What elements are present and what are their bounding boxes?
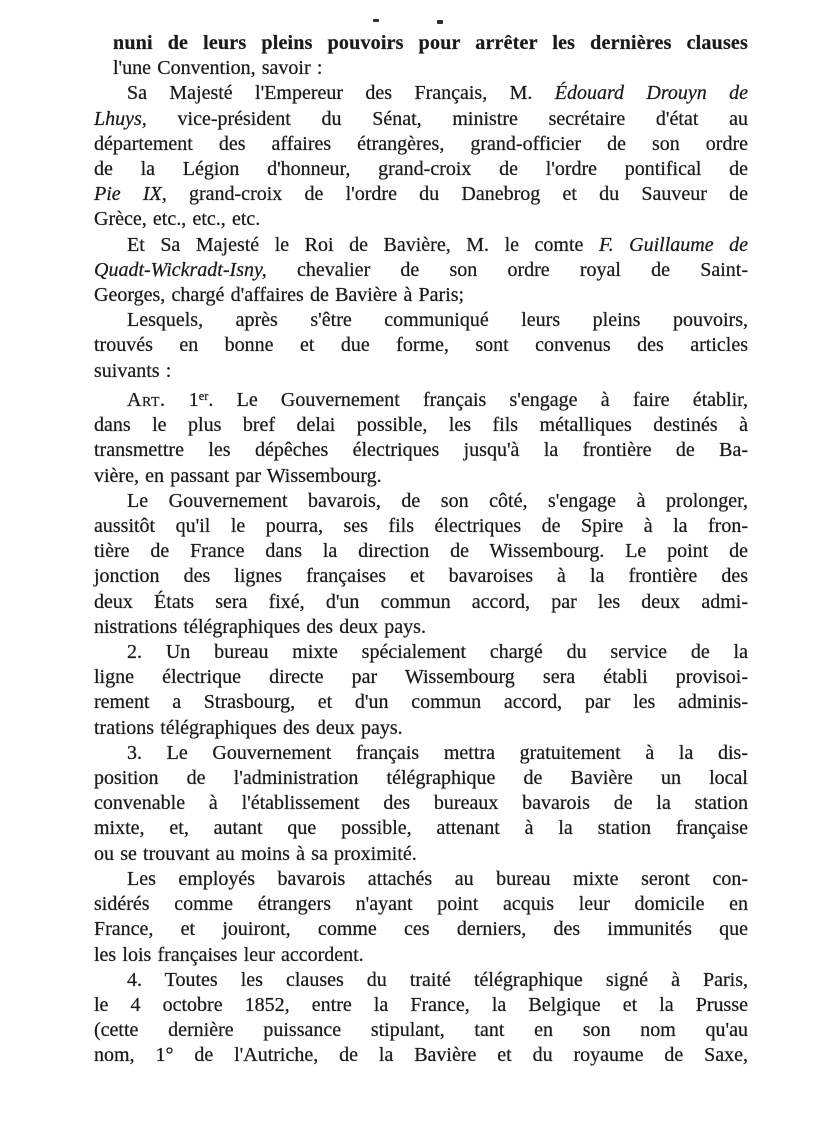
text-line: Lesquels, après s'être communiqué leurs … <box>94 308 748 333</box>
body-text: dans le plus bref delai possible, les fi… <box>94 414 748 436</box>
text-line: nistrations télégraphiques des deux pays… <box>94 615 748 640</box>
body-text: trouvés en bonne et due forme, sont conv… <box>94 334 748 356</box>
body-text: nuni de leurs pleins pouvoirs pour arrêt… <box>113 32 748 54</box>
body-text: Sa Majesté l'Empereur des Français, M. <box>127 82 555 104</box>
body-text: France, et jouiront, comme ces derniers,… <box>94 918 748 940</box>
body-text: de la Légion d'honneur, grand-croix de l… <box>94 158 748 180</box>
body-text: chevalier de son ordre royal de Saint- <box>267 259 748 281</box>
text-line: nom, 1° de l'Autriche, de la Bavière et … <box>94 1043 748 1068</box>
text-line: de la Légion d'honneur, grand-croix de l… <box>94 157 748 182</box>
text-line: Pie IX, grand-croix de l'ordre du Danebr… <box>94 182 748 207</box>
italic-text: F. Guillaume de <box>599 234 748 256</box>
body-text: Grèce, etc., etc., etc. <box>94 208 260 230</box>
body-text: deux États sera fixé, d'un commun accord… <box>94 591 748 613</box>
text-line: Lhuys, vice-président du Sénat, ministre… <box>94 107 748 132</box>
text-line: ligne électrique directe par Wissembourg… <box>94 665 748 690</box>
text-line: transmettre les dépêches électriques jus… <box>94 438 748 463</box>
text-line: Grèce, etc., etc., etc. <box>94 207 748 232</box>
body-text: 2. Un bureau mixte spécialement chargé d… <box>127 641 748 663</box>
superscript-text: er <box>199 389 209 403</box>
smallcaps-text: Art. <box>127 389 166 411</box>
text-line: dans le plus bref delai possible, les fi… <box>94 413 748 438</box>
body-text: Georges, chargé d'affaires de Bavière à … <box>94 284 464 306</box>
ink-speck <box>437 20 443 24</box>
text-line: trouvés en bonne et due forme, sont conv… <box>94 333 748 358</box>
text-line: mixte, et, autant que possible, attenant… <box>94 816 748 841</box>
text-line: jonction des lignes françaises et bavaro… <box>94 564 748 589</box>
text-line: département des affaires étrangères, gra… <box>94 132 748 157</box>
ink-speck <box>373 19 379 22</box>
text-line: deux États sera fixé, d'un commun accord… <box>94 590 748 615</box>
body-text: rement a Strasbourg, et d'un commun acco… <box>94 691 748 713</box>
italic-text: Lhuys, <box>94 108 147 130</box>
body-text: 3. Le Gouvernement français mettra gratu… <box>127 742 748 764</box>
body-text: mixte, et, autant que possible, attenant… <box>94 817 748 839</box>
body-text: l'une Convention, savoir : <box>113 57 322 79</box>
text-line: Sa Majesté l'Empereur des Français, M. É… <box>94 81 748 106</box>
text-line: 3. Le Gouvernement français mettra gratu… <box>94 741 748 766</box>
body-text: convenable à l'établissement des bureaux… <box>94 792 748 814</box>
body-text: 4. Toutes les clauses du traité télégrap… <box>127 969 748 991</box>
body-text: (cette dernière puissance stipulant, tan… <box>94 1019 748 1041</box>
body-text: ou se trouvant au moins à sa proximité. <box>94 843 417 865</box>
body-text: nistrations télégraphiques des deux pays… <box>94 616 426 638</box>
body-text: position de l'administration télégraphiq… <box>94 767 748 789</box>
text-line: position de l'administration télégraphiq… <box>94 766 748 791</box>
text-line: nuni de leurs pleins pouvoirs pour arrêt… <box>94 31 748 56</box>
text-line: convenable à l'établissement des bureaux… <box>94 791 748 816</box>
text-line: aussitôt qu'il le pourra, ses fils élect… <box>94 514 748 539</box>
body-text: le 4 octobre 1852, entre la France, la B… <box>94 994 748 1016</box>
text-line: ou se trouvant au moins à sa proximité. <box>94 842 748 867</box>
body-text: Le Gouvernement bavarois, de son côté, s… <box>127 490 748 512</box>
text-line: sidérés comme étrangers n'ayant point ac… <box>94 892 748 917</box>
body-text: trations télégraphiques des deux pays. <box>94 717 403 739</box>
text-line: tière de France dans la direction de Wis… <box>94 539 748 564</box>
body-text: . Le Gouvernement français s'engage à fa… <box>208 389 748 411</box>
text-line: les lois françaises leur accordent. <box>94 943 748 968</box>
text-line: suivants : <box>94 359 748 384</box>
text-line: 2. Un bureau mixte spécialement chargé d… <box>94 640 748 665</box>
body-text: vice-président du Sénat, ministre secrét… <box>147 108 748 130</box>
body-text: Lesquels, après s'être communiqué leurs … <box>127 309 748 331</box>
body-text: ligne électrique directe par Wissembourg… <box>94 666 748 688</box>
body-text: 1 <box>166 389 199 411</box>
body-text: grand-croix de l'ordre du Danebrog et du… <box>167 183 748 205</box>
body-text: suivants : <box>94 360 171 382</box>
text-line: Georges, chargé d'affaires de Bavière à … <box>94 283 748 308</box>
body-text: Les employés bavarois attachés au bureau… <box>127 868 748 890</box>
text-line: rement a Strasbourg, et d'un commun acco… <box>94 690 748 715</box>
italic-text: Pie IX, <box>94 183 167 205</box>
scanned-document-page: nuni de leurs pleins pouvoirs pour arrêt… <box>0 0 838 1121</box>
text-line: (cette dernière puissance stipulant, tan… <box>94 1018 748 1043</box>
text-line: 4. Toutes les clauses du traité télégrap… <box>94 968 748 993</box>
text-line: l'une Convention, savoir : <box>94 56 748 81</box>
text-line: Art. 1er. Le Gouvernement français s'eng… <box>94 384 748 413</box>
text-line: Les employés bavarois attachés au bureau… <box>94 867 748 892</box>
text-line: vière, en passant par Wissembourg. <box>94 464 748 489</box>
body-text: vière, en passant par Wissembourg. <box>94 465 382 487</box>
text-line: France, et jouiront, comme ces derniers,… <box>94 917 748 942</box>
text-line: le 4 octobre 1852, entre la France, la B… <box>94 993 748 1018</box>
body-text: transmettre les dépêches électriques jus… <box>94 439 748 461</box>
body-text: jonction des lignes françaises et bavaro… <box>94 565 748 587</box>
body-text: département des affaires étrangères, gra… <box>94 133 748 155</box>
body-text: sidérés comme étrangers n'ayant point ac… <box>94 893 748 915</box>
text-line: Le Gouvernement bavarois, de son côté, s… <box>94 489 748 514</box>
body-text: les lois françaises leur accordent. <box>94 944 364 966</box>
text-line: trations télégraphiques des deux pays. <box>94 716 748 741</box>
italic-text: Édouard Drouyn de <box>555 82 748 104</box>
body-text: Et Sa Majesté le Roi de Bavière, M. le c… <box>127 234 599 256</box>
body-text: aussitôt qu'il le pourra, ses fils élect… <box>94 515 748 537</box>
text-line: Quadt-Wickradt-Isny, chevalier de son or… <box>94 258 748 283</box>
italic-text: Quadt-Wickradt-Isny, <box>94 259 267 281</box>
text-block: nuni de leurs pleins pouvoirs pour arrêt… <box>94 31 748 1069</box>
text-line: Et Sa Majesté le Roi de Bavière, M. le c… <box>94 233 748 258</box>
body-text: tière de France dans la direction de Wis… <box>94 540 748 562</box>
body-text: nom, 1° de l'Autriche, de la Bavière et … <box>94 1044 748 1066</box>
